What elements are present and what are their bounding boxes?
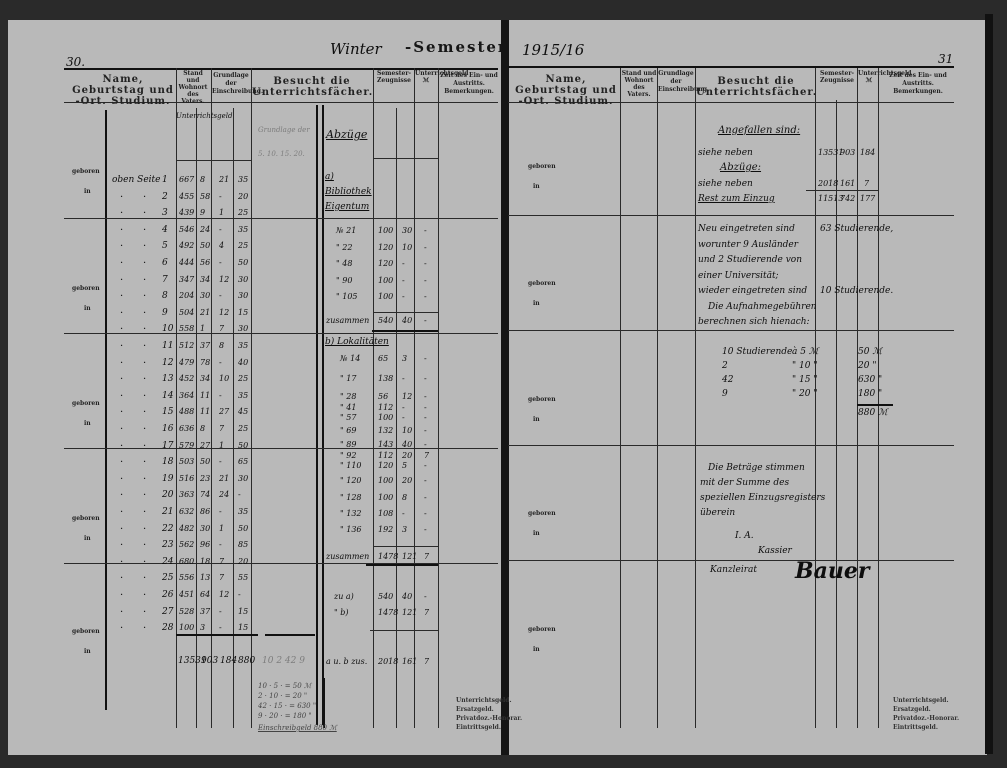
abzug-u: 192	[378, 525, 393, 534]
abzug-e: 30	[402, 226, 412, 235]
cell-zuwendung: -	[219, 258, 222, 267]
cell-ersatzgeld: 50	[200, 241, 210, 250]
line2-u: 2018	[818, 179, 838, 188]
ditto-mark: ·	[143, 424, 146, 435]
row-number: 11	[162, 341, 173, 351]
ditto-mark: ·	[143, 241, 146, 252]
ditto-mark: ·	[143, 457, 146, 468]
rule	[316, 105, 318, 725]
ditto-mark: ·	[120, 308, 123, 319]
neu-text-line: einer Universität;	[698, 271, 779, 281]
cell-zuwendung: 1	[219, 208, 224, 217]
abzug-e: -	[402, 413, 405, 422]
abzug-e: 5	[402, 461, 407, 470]
cell-zuwendung: -	[219, 358, 222, 367]
calc-line: 2 · 10 · = 20 "	[258, 692, 307, 700]
legend-item: Ersatzgeld.	[893, 706, 931, 713]
calc-line: 9 · 20 · = 180 "	[258, 712, 312, 720]
cell-einschreibgeld: 55	[238, 573, 248, 582]
rule	[438, 68, 439, 728]
rule	[374, 546, 438, 547]
line1-p: 184	[860, 148, 875, 157]
recap-e: 121	[402, 608, 417, 617]
abzug-u: 100	[378, 276, 393, 285]
row-number: 3	[162, 208, 168, 218]
ditto-mark: ·	[120, 275, 123, 286]
born-in-label: in	[533, 416, 540, 423]
rule	[105, 110, 107, 710]
abzug-u: 112	[378, 451, 393, 460]
cell-einschreibgeld: 20	[238, 192, 248, 201]
abzug-e: -	[402, 403, 405, 412]
recap-p: 7	[424, 608, 429, 617]
cell-ersatzgeld: 18	[200, 557, 210, 566]
abzug-e: 40	[402, 440, 412, 449]
fee-rate: " 20 "	[792, 389, 817, 399]
ditto-mark: ·	[143, 474, 146, 485]
ditto-mark: ·	[120, 474, 123, 485]
legend-item: Eintrittsgeld.	[893, 724, 938, 731]
wieder-count: 10 Studierende.	[820, 286, 893, 296]
cell-ersatzgeld: 11	[200, 407, 210, 416]
ditto-mark: ·	[143, 524, 146, 535]
rule	[251, 68, 252, 728]
ditto-mark: ·	[143, 192, 146, 203]
recap-e: 40	[402, 592, 412, 601]
col-zeugnisse-header-right: Semester-Zeugnisse	[817, 70, 857, 84]
cell-unterrichtsgeld: 455	[179, 192, 194, 201]
neu-text-line: berechnen sich hienach:	[698, 317, 810, 327]
abzug-p: -	[424, 354, 427, 363]
row-number: 5	[162, 241, 168, 251]
ditto-mark: ·	[120, 391, 123, 402]
ditto-mark: ·	[143, 275, 146, 286]
born-label: geboren	[528, 280, 556, 287]
legend-item: Eintrittsgeld.	[456, 724, 501, 731]
ditto-mark: ·	[120, 490, 123, 501]
rule	[211, 68, 212, 728]
semester-label: -Semester	[405, 38, 508, 56]
cell-unterrichtsgeld: 516	[179, 474, 194, 483]
cell-einschreibgeld: 30	[238, 275, 248, 284]
ditto-mark: ·	[120, 208, 123, 219]
ditto-mark: ·	[120, 590, 123, 601]
cell-ersatzgeld: 78	[200, 358, 210, 367]
cell-einschreibgeld: 50	[238, 258, 248, 267]
abzug-no: " 120	[340, 476, 362, 485]
abzug-no: " 136	[340, 525, 362, 534]
born-in-label: in	[84, 420, 91, 427]
abzug-b-total-e: 121	[402, 552, 417, 561]
total-zuwendung: 184	[220, 656, 237, 666]
cell-ersatzgeld: 30	[200, 524, 210, 533]
col-name-header: Name, Geburtstag und -Ort. Studium.	[70, 74, 176, 107]
abzug-b-total-label: zusammen	[326, 552, 369, 561]
ditto-mark: ·	[120, 358, 123, 369]
cell-zuwendung: 1	[219, 441, 224, 450]
semester-year: 1915/16	[522, 41, 584, 59]
rule	[176, 160, 251, 161]
cell-einschreibgeld: 30	[238, 291, 248, 300]
ditto-mark: ·	[143, 258, 146, 269]
abzug-no: " 132	[340, 509, 362, 518]
cell-ersatzgeld: 23	[200, 474, 210, 483]
cell-unterrichtsgeld: 492	[179, 241, 194, 250]
ditto-mark: ·	[143, 407, 146, 418]
cell-unterrichtsgeld: 363	[179, 490, 194, 499]
abzug-e: 10	[402, 243, 412, 252]
abzug-p: -	[424, 509, 427, 518]
row-number: 9	[162, 308, 168, 318]
cell-zuwendung: -	[219, 391, 222, 400]
totals-rule	[265, 634, 315, 636]
cell-ersatzgeld: 37	[200, 341, 210, 350]
cell-einschreibgeld: 20	[238, 557, 248, 566]
abzug-u: 132	[378, 426, 393, 435]
ditto-mark: ·	[143, 607, 146, 618]
abzug-u: 100	[378, 226, 393, 235]
totals-rule	[176, 634, 258, 636]
legend-item: Privatdoz.-Honorar.	[456, 715, 522, 722]
rule	[806, 190, 878, 191]
cell-einschreibgeld: 45	[238, 407, 248, 416]
cell-ersatzgeld: 8	[200, 175, 205, 184]
ditto-mark: ·	[143, 441, 146, 452]
born-label: geboren	[528, 510, 556, 517]
cell-einschreibgeld: 35	[238, 341, 248, 350]
row-number: 4	[162, 225, 168, 235]
cell-einschreibgeld: -	[238, 590, 241, 599]
cell-zuwendung: -	[219, 540, 222, 549]
abzug-p: -	[424, 493, 427, 502]
row-number: 10	[162, 324, 173, 334]
cell-unterrichtsgeld: 512	[179, 341, 194, 350]
abzug-no: " 128	[340, 493, 362, 502]
cell-zuwendung: 21	[219, 474, 229, 483]
col-unterrichtsgeld-header: Unterrichtsgeld ℳ	[415, 70, 437, 84]
ditto-mark: ·	[143, 324, 146, 335]
legend-item: Privatdoz.-Honorar.	[893, 715, 959, 722]
section-rule	[64, 333, 498, 334]
section-rule	[508, 215, 954, 216]
cell-unterrichtsgeld: 451	[179, 590, 194, 599]
line2-label: siehe neben	[698, 179, 753, 189]
rule	[620, 68, 621, 728]
row-number: 14	[162, 391, 173, 401]
rule	[373, 68, 374, 728]
cell-zuwendung: 1	[219, 524, 224, 533]
abzug-p: 7	[424, 451, 429, 460]
cell-einschreibgeld: 35	[238, 175, 248, 184]
sub-unterrichtsgeld: Unterrichtsgeld	[176, 112, 232, 120]
cell-zuwendung: 4	[219, 241, 224, 250]
ditto-mark: ·	[120, 424, 123, 435]
ditto-mark: ·	[143, 374, 146, 385]
born-in-label: in	[84, 305, 91, 312]
fee-count: 2	[722, 361, 728, 371]
born-label: geboren	[72, 515, 100, 522]
pencil-header: Grundlage der	[258, 126, 310, 134]
ditto-mark: ·	[120, 573, 123, 584]
abzug-u: 120	[378, 461, 393, 470]
cell-einschreibgeld: -	[238, 490, 241, 499]
cell-zuwendung: 27	[219, 407, 229, 416]
cell-unterrichtsgeld: 488	[179, 407, 194, 416]
born-label: geboren	[72, 400, 100, 407]
born-label: geboren	[72, 285, 100, 292]
ditto-mark: ·	[143, 557, 146, 568]
cell-zuwendung: -	[219, 507, 222, 516]
col-zeit-header: Zeit des Ein- und Austritts. Bemerkungen…	[440, 72, 498, 96]
ditto-mark: ·	[120, 324, 123, 335]
total-einschreibgeld: 880	[238, 656, 255, 666]
line3-label: Rest zum Einzug	[698, 194, 775, 204]
abzug-e: 20	[402, 476, 412, 485]
abzug-p: -	[424, 525, 427, 534]
cell-zuwendung: 7	[219, 557, 224, 566]
abzug-e: -	[402, 259, 405, 268]
abzug-no: " 90	[336, 276, 352, 285]
line3-p: 177	[860, 194, 875, 203]
row-number: 25	[162, 573, 173, 583]
cell-ersatzgeld: 74	[200, 490, 210, 499]
ditto-mark: ·	[120, 341, 123, 352]
cell-unterrichtsgeld: 204	[179, 291, 194, 300]
ditto-mark: ·	[120, 557, 123, 568]
page-number-right: 31	[938, 52, 953, 66]
rule	[373, 158, 438, 159]
born-label: geboren	[528, 626, 556, 633]
cell-ersatzgeld: 8	[200, 424, 205, 433]
section-rule	[508, 560, 954, 561]
section-rule	[64, 218, 498, 219]
col-unterrichtsgeld-header-right: Unterrichtsgeld ℳ	[858, 70, 880, 84]
ditto-mark: ·	[143, 623, 146, 634]
grand-u: 2018	[378, 657, 398, 666]
rule	[374, 312, 438, 313]
rule	[372, 330, 438, 332]
cell-unterrichtsgeld: 504	[179, 308, 194, 317]
cell-ersatzgeld: 11	[200, 391, 210, 400]
col-grundlage-header: Grundlage der Einschreibung.	[212, 72, 250, 96]
cell-einschreibgeld: 15	[238, 607, 248, 616]
cell-unterrichtsgeld: 444	[179, 258, 194, 267]
cell-zuwendung: 7	[219, 573, 224, 582]
calc-line: 42 · 15 · = 630 "	[258, 702, 316, 710]
abzug-no: " 17	[340, 374, 356, 383]
fee-count: 42	[722, 375, 733, 385]
book-edge	[985, 14, 993, 754]
cell-einschreibgeld: 30	[238, 474, 248, 483]
row-number: 19	[162, 474, 173, 484]
abzug-u: 138	[378, 374, 393, 383]
born-in-label: in	[533, 530, 540, 537]
abzug-no: " 89	[340, 440, 356, 449]
ditto-mark: ·	[143, 358, 146, 369]
born-in-label: in	[84, 648, 91, 655]
abzuege-a-title: a) Bibliothek Eigentum	[325, 170, 373, 215]
sign-kassier: Kassier	[758, 546, 792, 556]
abzug-e: 10	[402, 426, 412, 435]
cell-einschreibgeld: 35	[238, 507, 248, 516]
abzug-u: 143	[378, 440, 393, 449]
row-number: 16	[162, 424, 173, 434]
row-number: 7	[162, 275, 168, 285]
abzug-p: -	[424, 392, 427, 401]
neu-text-line: Die Aufnahmegebühren	[708, 302, 817, 312]
neu-text-line: wieder eingetreten sind	[698, 286, 807, 296]
rule	[857, 404, 893, 406]
abzug-no: " 69	[340, 426, 356, 435]
abzug-u: 100	[378, 476, 393, 485]
fee-rate: " 15 "	[792, 375, 817, 385]
cell-ersatzgeld: 50	[200, 457, 210, 466]
cell-ersatzgeld: 9	[200, 208, 205, 217]
abzug-p: -	[424, 243, 427, 252]
cell-zuwendung: 12	[219, 590, 229, 599]
col-besucht-header: Besucht die Unterrichtsfächer.	[252, 76, 372, 98]
ditto-mark: ·	[120, 407, 123, 418]
abzug-u: 120	[378, 243, 393, 252]
abzug-e: -	[402, 374, 405, 383]
section-rule	[64, 448, 498, 449]
cell-zuwendung: -	[219, 607, 222, 616]
cell-ersatzgeld: 13	[200, 573, 210, 582]
abzug-u: 100	[378, 292, 393, 301]
page-number-left: 30.	[66, 55, 85, 69]
cell-ersatzgeld: 1	[200, 324, 205, 333]
fee-rate: à 5 ℳ	[792, 347, 818, 357]
cell-unterrichtsgeld: 439	[179, 208, 194, 217]
pencil-subheader: 5. 10. 15. 20.	[258, 150, 305, 158]
ditto-mark: ·	[120, 291, 123, 302]
cell-unterrichtsgeld: 479	[179, 358, 194, 367]
row-number: 2	[162, 192, 168, 202]
cell-unterrichtsgeld: 528	[179, 607, 194, 616]
ditto-mark: ·	[143, 540, 146, 551]
cell-ersatzgeld: 21	[200, 308, 210, 317]
line1-e: 903	[840, 148, 855, 157]
grand-e: 161	[402, 657, 417, 666]
cell-zuwendung: 10	[219, 374, 229, 383]
abzug-p: -	[424, 259, 427, 268]
row-number: 15	[162, 407, 173, 417]
row-number: 24	[162, 557, 173, 567]
cell-einschreibgeld: 50	[238, 441, 248, 450]
fee-count: 10 Studierende	[722, 347, 792, 357]
abzug-e: -	[402, 276, 405, 285]
ditto-mark: ·	[120, 225, 123, 236]
born-label: geboren	[72, 628, 100, 635]
left-page	[8, 20, 505, 755]
fees-total: 880 ℳ	[858, 408, 888, 418]
cell-zuwendung: 12	[219, 308, 229, 317]
cell-einschreibgeld: 15	[238, 308, 248, 317]
grand-label: a u. b zus.	[326, 657, 367, 666]
row-number: 18	[162, 457, 173, 467]
note-line: mit der Summe des	[700, 478, 789, 488]
ditto-mark: ·	[143, 391, 146, 402]
cell-ersatzgeld: 58	[200, 192, 210, 201]
abzug-p: -	[424, 403, 427, 412]
row-number: 13	[162, 374, 173, 384]
ditto-mark: ·	[143, 490, 146, 501]
ditto-mark: ·	[120, 623, 123, 634]
fee-sum: 630 "	[858, 375, 882, 385]
cell-einschreibgeld: 85	[238, 540, 248, 549]
ditto-mark: ·	[120, 441, 123, 452]
sign-ia: I. A.	[735, 531, 754, 541]
recap-label: " b)	[334, 608, 348, 617]
abzug-a-total-label: zusammen	[326, 316, 369, 325]
cell-zuwendung: -	[219, 225, 222, 234]
recap-u: 1478	[378, 608, 398, 617]
abzug-no: " 105	[336, 292, 358, 301]
rule	[176, 68, 177, 728]
cell-ersatzgeld: 24	[200, 225, 210, 234]
abzug-u: 100	[378, 413, 393, 422]
book-scan: Winter -Semester 1915/16 30. 31 Name, Ge…	[0, 0, 1007, 768]
born-label: geboren	[72, 168, 100, 175]
neu-text-line: worunter 9 Ausländer	[698, 240, 798, 250]
cell-zuwendung: -	[219, 623, 222, 632]
rule	[366, 564, 438, 566]
cell-ersatzgeld: 34	[200, 374, 210, 383]
abzug-u: 100	[378, 493, 393, 502]
abzug-a-total-e: 40	[402, 316, 412, 325]
section-rule	[508, 445, 954, 446]
cell-ersatzgeld: 27	[200, 441, 210, 450]
ditto-mark: ·	[120, 507, 123, 518]
abzug-p: -	[424, 461, 427, 470]
cell-einschreibgeld: 30	[238, 324, 248, 333]
cell-ersatzgeld: 96	[200, 540, 210, 549]
cell-zuwendung: -	[219, 192, 222, 201]
row-number: 27	[162, 607, 173, 617]
cell-ersatzgeld: 3	[200, 623, 205, 632]
recap-label: zu a)	[334, 592, 354, 601]
cell-unterrichtsgeld: 579	[179, 441, 194, 450]
calc-total: Einschreibgeld 880 ℳ	[258, 724, 337, 732]
abzug-no: " 28	[340, 392, 356, 401]
col-stand-header: Stand und Wohnort des Vaters.	[177, 70, 209, 105]
cell-ersatzgeld: 64	[200, 590, 210, 599]
row-number: 21	[162, 507, 173, 517]
col-zeugnisse-header: Semester-Zeugnisse	[374, 70, 414, 84]
cell-unterrichtsgeld: 100	[179, 623, 194, 632]
abzug-no: " 92	[340, 451, 356, 460]
ditto-mark: ·	[120, 374, 123, 385]
neu-text-line: und 2 Studierende von	[698, 255, 802, 265]
sign-title: Kanzleirat	[710, 565, 757, 575]
rule	[657, 68, 658, 728]
neu-text-line: Neu eingetreten sind	[698, 224, 795, 234]
abzug-e: 8	[402, 493, 407, 502]
note-line: überein	[700, 508, 735, 518]
born-label: geboren	[528, 163, 556, 170]
abzuege-title: Abzüge	[326, 128, 367, 141]
ditto-mark: ·	[143, 308, 146, 319]
abzug-u: 108	[378, 509, 393, 518]
fee-sum: 50 ℳ	[858, 347, 882, 357]
abzug-no: " 48	[336, 259, 352, 268]
ditto-mark: ·	[120, 457, 123, 468]
ditto-mark: ·	[120, 241, 123, 252]
abzug-p: -	[424, 276, 427, 285]
row-number: 1	[162, 175, 168, 185]
ditto-mark: ·	[143, 291, 146, 302]
abzug-p: -	[424, 426, 427, 435]
